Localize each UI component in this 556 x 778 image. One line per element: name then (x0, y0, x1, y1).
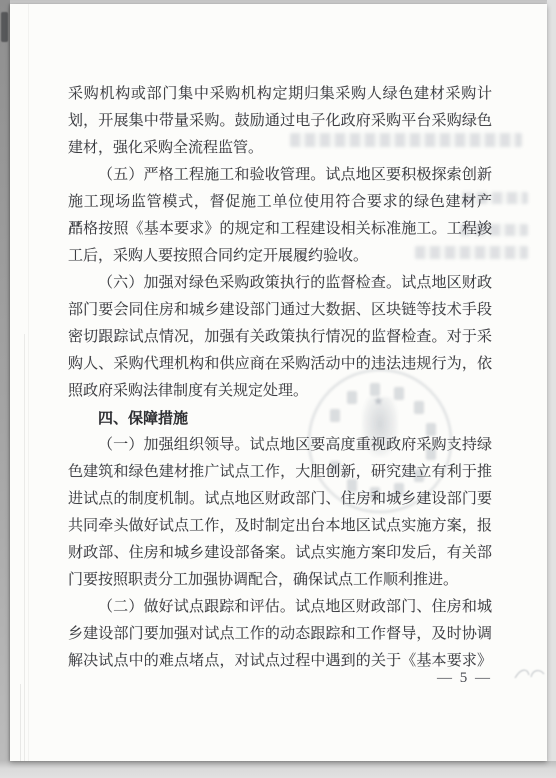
text-line: 工后，采购人要按照合同约定开展履约验收。 (68, 243, 492, 270)
page-number: — 5 — (382, 668, 492, 688)
scanned-document-screenshot: { "page": { "number_label": "— 5 —" }, "… (0, 0, 556, 778)
text-line: 密切跟踪试点情况，加强有关政策执行情况的监督检查。对于采 (68, 324, 492, 351)
text-line: 财政部、住房和城乡建设部备案。试点实施方案印发后，有关部 (68, 540, 492, 567)
text-line: 进试点的制度机制。试点地区财政部门、住房和城乡建设部门要 (68, 486, 492, 513)
page-stack-edge (20, 684, 21, 761)
document-page: 采购机构或部门集中采购机构定期归集采购人绿色建材采购计划，开展集中带量采购。鼓励… (10, 4, 547, 761)
page-stack-edge (24, 334, 25, 761)
text-line: 门要按照职责分工加强协调配合，确保试点工作顺利推进。 (68, 567, 492, 594)
text-line: 购人、采购代理机构和供应商在采购活动中的违法违规行为，依 (68, 351, 492, 378)
scanner-background-right (547, 0, 556, 778)
text-line: 严格按照《基本要求》的规定和工程建设相关标准施工。工程竣 (68, 216, 492, 243)
text-line: 部门要会同住房和城乡建设部门通过大数据、区块链等技术手段 (68, 297, 492, 324)
scanner-background-left (0, 0, 10, 778)
text-line: 乡建设部门要加强对试点工作的动态跟踪和工作督导，及时协调 (68, 621, 492, 648)
text-line: 采购机构或部门集中采购机构定期归集采购人绿色建材采购计 (68, 81, 492, 108)
binding-staple-mark (1, 12, 8, 42)
text-line: 照政府采购法律制度有关规定处理。 (68, 378, 492, 405)
text-line: （二）做好试点跟踪和评估。试点地区财政部门、住房和城 (68, 594, 492, 621)
text-line: 色建筑和绿色建材推广试点工作，大胆创新，研究建立有利于推 (68, 459, 492, 486)
document-body: 采购机构或部门集中采购机构定期归集采购人绿色建材采购计划，开展集中带量采购。鼓励… (68, 81, 492, 675)
text-line: 建材，强化采购全流程监管。 (68, 135, 492, 162)
text-line: （六）加强对绿色采购政策执行的监督检查。试点地区财政 (68, 270, 492, 297)
pencil-mark (513, 666, 547, 682)
text-line: 施工现场监管模式，督促施工单位使用符合要求的绿色建材产品， (68, 189, 492, 216)
text-line: 共同牵头做好试点工作，及时制定出台本地区试点实施方案，报 (68, 513, 492, 540)
text-line: 划，开展集中带量采购。鼓励通过电子化政府采购平台采购绿色 (68, 108, 492, 135)
text-line: （五）严格工程施工和验收管理。试点地区要积极探索创新 (68, 162, 492, 189)
text-line: （一）加强组织领导。试点地区要高度重视政府采购支持绿 (68, 432, 492, 459)
page-stack-edge (28, 4, 29, 761)
scanner-background-bottom (0, 761, 556, 778)
section-heading: 四、保障措施 (68, 405, 492, 432)
